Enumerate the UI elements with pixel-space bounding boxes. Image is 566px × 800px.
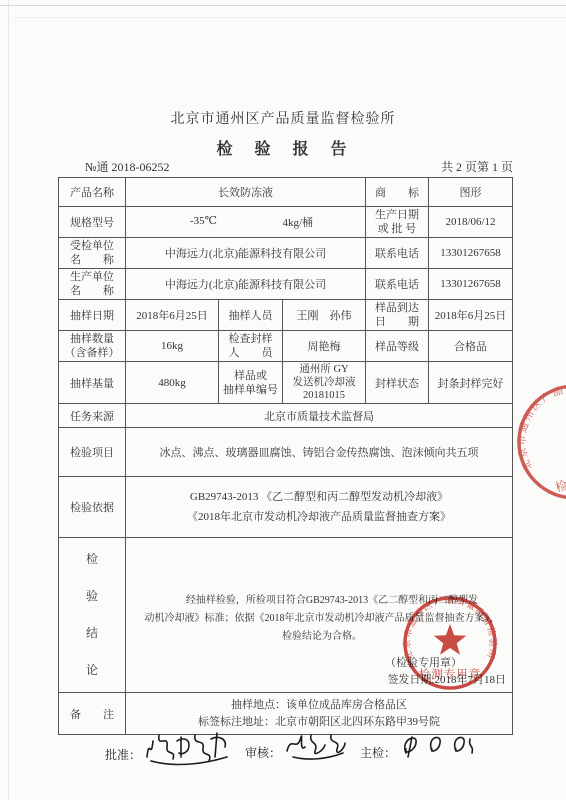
trademark-value: 图形 [429,178,513,207]
test-items-label: 检验项目 [59,428,126,477]
spec-package: 4kg/桶 [282,214,313,230]
table-row: 生产单位 名 称 中海远力(北京)能源科技有限公司 联系电话 133012676… [59,269,513,300]
remark-label: 备 注 [59,693,126,735]
task-source-value: 北京市质量技术监督局 [126,404,513,428]
table-row: 检验依据 GB29743-2013 《乙二醇型和丙二醇型发动机冷却液》 《201… [59,477,513,538]
product-name-label: 产品名称 [59,178,126,207]
arrival-date-label: 样品到达 日 期 [366,300,429,331]
scan-edge-line [14,17,566,18]
sample-date-value: 2018年6月25日 [126,300,219,331]
producer-unit-value: 中海远力(北京)能源科技有限公司 [126,269,366,300]
inspect-signature [398,727,478,767]
sample-qty-value: 16kg [126,331,219,362]
arrival-date-value: 2018年6月25日 [429,300,513,331]
svg-text:北京市通州区产品质量监督检验所: 北京市通州区产品质量监督检验所 [500,372,566,473]
test-basis-label: 检验依据 [59,477,126,538]
seal-ring-text: 北京市通州区产品质量监督检验所 [500,372,566,473]
page-count: 共 2 页第 1 页 [441,158,513,175]
sample-sheet-value: 通州所 GY 发送机冷却液 20181015 [283,362,366,404]
approve-signature [143,727,231,771]
inspected-unit-value: 中海远力(北京)能源科技有限公司 [126,238,366,269]
inspect-signature-group: 主检： [360,741,478,767]
sample-grade-value: 合格品 [429,331,513,362]
phone-label: 联系电话 [366,238,429,269]
sample-qty-label: 抽样数量 （含备样） [59,331,126,362]
inspection-seal-stamp: 北京市通州区产品质量监督检验所 检测专用章 [395,588,505,698]
table-row: 产品名称 长效防冻液 商 标 图形 [59,178,513,207]
table-row: 任务来源 北京市质量技术监督局 [59,404,513,428]
inspect-label: 主检： [360,746,396,760]
table-row: 规格型号 -35℃ 4kg/桶 生产日期 或 批 号 2018/06/12 [59,207,513,238]
star-icon [434,624,466,655]
table-row: 抽样基量 480kg 样品或 抽样单编号 通州所 GY 发送机冷却液 20181… [59,362,513,404]
spec-temp: -35℃ [190,214,217,230]
test-items-value: 冰点、沸点、玻璃器皿腐蚀、铸铝合金传热腐蚀、泡沫倾向共五项 [126,428,513,477]
seal-checker-label: 检查封样 人 员 [219,331,283,362]
seal-bottom-text: 检测专用章 [553,460,566,494]
producer-unit-label: 生产单位 名 称 [59,269,126,300]
trademark-label: 商 标 [366,178,429,207]
approve-signature-group: 批准： [105,741,231,771]
review-signature-group: 审核： [245,741,349,767]
seal-checker-value: 周艳梅 [283,331,366,362]
review-label: 审核： [245,746,281,760]
spec-model-label: 规格型号 [59,207,126,238]
table-row: 抽样数量 （含备样） 16kg 检查封样 人 员 周艳梅 样品等级 合格品 [59,331,513,362]
test-basis-value: GB29743-2013 《乙二醇型和丙二醇型发动机冷却液》 《2018年北京市… [126,477,513,538]
base-qty-value: 480kg [126,362,219,404]
scanned-report-page: 北京市通州区产品质量监督检验所 检 验 报 告 №通 2018-06252 共 … [0,0,566,800]
organization-name: 北京市通州区产品质量监督检验所 [0,108,566,128]
prod-date-label: 生产日期 或 批 号 [366,207,429,238]
table-row: 受检单位 名 称 中海远力(北京)能源科技有限公司 联系电话 133012676… [59,238,513,269]
sample-sheet-label: 样品或 抽样单编号 [219,362,283,404]
sampler-label: 抽样人员 [219,300,283,331]
scan-edge-line [0,5,566,6]
product-name-value: 长效防冻液 [126,178,366,207]
table-row: 检验项目 冰点、沸点、玻璃器皿腐蚀、铸铝合金传热腐蚀、泡沫倾向共五项 [59,428,513,477]
base-qty-label: 抽样基量 [59,362,126,404]
conclusion-label: 检 验 结 论 [59,538,126,693]
seal-state-label: 封样状态 [366,362,429,404]
seal-bottom-text: 检测专用章 [419,667,482,681]
task-source-label: 任务来源 [59,404,126,428]
spec-model-value: -35℃ 4kg/桶 [126,207,366,238]
partial-seal-stamp: 北京市通州区产品质量监督检验所 检测专用章 [500,372,566,522]
phone-value: 13301267658 [429,269,513,300]
sampler-value: 王刚 孙伟 [283,300,366,331]
approve-label: 批准： [105,748,141,762]
phone-label: 联系电话 [366,269,429,300]
signature-row: 批准： 审核： [58,733,538,783]
phone-value: 13301267658 [429,238,513,269]
sample-grade-label: 样品等级 [366,331,429,362]
table-row: 抽样日期 2018年6月25日 抽样人员 王刚 孙伟 样品到达 日 期 2018… [59,300,513,331]
prod-date-value: 2018/06/12 [429,207,513,238]
review-signature [283,727,349,767]
sample-date-label: 抽样日期 [59,300,126,331]
inspected-unit-label: 受检单位 名 称 [59,238,126,269]
report-title: 检 验 报 告 [0,136,566,159]
report-number: №通 2018-06252 [85,158,169,175]
